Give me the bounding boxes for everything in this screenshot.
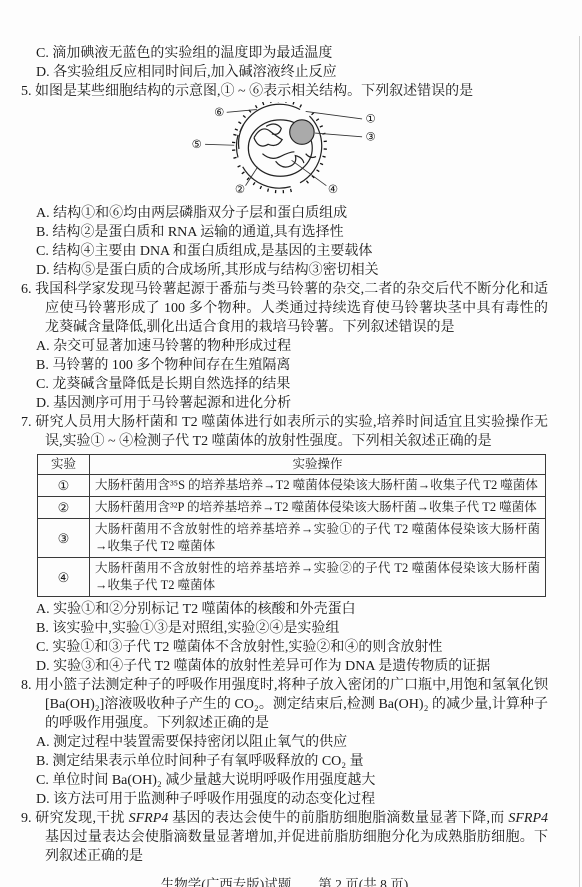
q4-option-c: C. 滴加碘液无蓝色的实验组的温度即为最适温度	[21, 44, 548, 63]
page-number: 第 2 页(共 8 页)	[318, 877, 408, 887]
diagram-label-2: ②	[234, 183, 244, 196]
experiment-operation: 大肠杆菌用不含放射性的培养基培养→实验②的子代 T2 噬菌体侵染该大肠杆菌→收集…	[90, 558, 546, 597]
table-row: ③ 大肠杆菌用不含放射性的培养基培养→实验①的子代 T2 噬菌体侵染该大肠杆菌→…	[38, 519, 546, 558]
diagram-label-4: ④	[327, 183, 337, 196]
diagram-label-6: ⑥	[214, 106, 224, 119]
q7-option-b: B. 该实验中,实验①③是对照组,实验②④是实验组	[21, 619, 548, 638]
chromatin-squiggle	[262, 152, 294, 159]
experiment-number: ①	[38, 475, 90, 497]
q8-option-d: D. 该方法可用于监测种子呼吸作用强度的动态变化过程	[21, 790, 548, 809]
q9-text: 基因过量表达会使脂滴数量显著增加,并促进前脂肪细胞分化为成熟脂肪细胞。下列叙述正…	[45, 830, 548, 864]
q5-option-d: D. 结构⑤是蛋白质的合成场所,其形成与结构③密切相关	[21, 261, 548, 280]
q5-option-c: C. 结构④主要由 DNA 和蛋白质组成,是基因的主要载体	[21, 242, 548, 261]
table-row: ① 大肠杆菌用含³⁵S 的培养基培养→T2 噬菌体侵染该大肠杆菌→收集子代 T2…	[38, 475, 546, 497]
q8-option-a: A. 测定过程中装置需要保持密闭以阻止氧气的供应	[21, 733, 548, 752]
q9-stem: 9. 研究发现,干扰 SFRP4 基因的表达会使牛的前脂肪细胞脂滴数量显著下降,…	[21, 809, 548, 866]
q7-option-c: C. 实验①和③子代 T2 噬菌体不含放射性,实验②和④的则含放射性	[21, 638, 548, 657]
diagram-label-3: ③	[365, 131, 375, 144]
q7-option-d: D. 实验③和④子代 T2 噬菌体的放射性差异可作为 DNA 是遗传物质的证据	[21, 657, 548, 676]
col-header-operation: 实验操作	[90, 455, 546, 475]
q6-stem: 6. 我国科学家发现马铃薯起源于番茄与类马铃薯的杂交,二者的杂交后代不断分化和适…	[21, 280, 548, 337]
experiment-number: ②	[38, 497, 90, 519]
experiment-operation: 大肠杆菌用含³⁵S 的培养基培养→T2 噬菌体侵染该大肠杆菌→收集子代 T2 噬…	[90, 475, 546, 497]
q8-option-c: C. 单位时间 Ba(OH)₂ 减少量越大说明呼吸作用强度越大	[21, 771, 548, 790]
diagram-label-1: ①	[365, 113, 375, 126]
q6-option-c: C. 龙葵碱含量降低是长期自然选择的结果	[21, 375, 548, 394]
table-row: ④ 大肠杆菌用不含放射性的培养基培养→实验②的子代 T2 噬菌体侵染该大肠杆菌→…	[38, 558, 546, 597]
q6-option-b: B. 马铃薯的 100 多个物种间存在生殖隔离	[21, 356, 548, 375]
experiment-number: ④	[38, 558, 90, 597]
experiment-operation: 大肠杆菌用不含放射性的培养基培养→实验①的子代 T2 噬菌体侵染该大肠杆菌→收集…	[90, 519, 546, 558]
q7-stem: 7. 研究人员用大肠杆菌和 T2 噬菌体进行如表所示的实验,培养时间适宜且实验操…	[21, 413, 548, 451]
q5-option-a: A. 结构①和⑥均由两层磷脂双分子层和蛋白质组成	[21, 204, 548, 223]
experiment-operation: 大肠杆菌用含³²P 的培养基培养→T2 噬菌体侵染该大肠杆菌→收集子代 T2 噬…	[90, 497, 546, 519]
q8-stem: 8. 用小篮子法测定种子的呼吸作用强度时,将种子放入密闭的广口瓶中,用饱和氢氧化…	[21, 676, 548, 733]
cell-diagram-svg: ⑥ ① ③ ⑤ ② ④	[185, 102, 385, 196]
q6-option-a: A. 杂交可显著加速马铃薯的物种形成过程	[21, 337, 548, 356]
q9-text: 基因的表达会使牛的前脂肪细胞脂滴数量显著下降,而	[168, 811, 508, 826]
experiment-number: ③	[38, 519, 90, 558]
cell-diagram: ⑥ ① ③ ⑤ ② ④	[21, 102, 548, 202]
exam-page: C. 滴加碘液无蓝色的实验组的温度即为最适温度 D. 各实验组反应相同时间后,加…	[0, 0, 582, 887]
q6-option-d: D. 基因测序可用于马铃薯起源和进化分析	[21, 394, 548, 413]
paper-title: 生物学(广西专版)试题	[161, 877, 292, 887]
q5-option-b: B. 结构②是蛋白质和 RNA 运输的通道,具有选择性	[21, 223, 548, 242]
q8-option-b: B. 测定结果表示单位时间种子有氧呼吸释放的 CO₂ 量	[21, 752, 548, 771]
table-header-row: 实验 实验操作	[38, 455, 546, 475]
chromatin-squiggle	[253, 129, 281, 146]
col-header-experiment: 实验	[38, 455, 90, 475]
table-row: ② 大肠杆菌用含³²P 的培养基培养→T2 噬菌体侵染该大肠杆菌→收集子代 T2…	[38, 497, 546, 519]
chromatin-squiggle	[266, 124, 281, 134]
nucleolus	[289, 120, 313, 144]
q7-option-a: A. 实验①和②分别标记 T2 噬菌体的核酸和外壳蛋白	[21, 600, 548, 619]
leader-lines	[205, 110, 362, 186]
q9-text: 9. 研究发现,干扰	[21, 811, 129, 826]
page-footer: 生物学(广西专版)试题第 2 页(共 8 页)	[21, 875, 548, 887]
membrane-arcs	[236, 104, 321, 188]
gene-name-sfrp4: SFRP4	[508, 811, 548, 826]
scan-edge-line	[579, 36, 580, 887]
diagram-label-5: ⑤	[191, 138, 201, 151]
phage-experiment-table: 实验 实验操作 ① 大肠杆菌用含³⁵S 的培养基培养→T2 噬菌体侵染该大肠杆菌…	[37, 454, 546, 597]
q5-stem: 5. 如图是某些细胞结构的示意图,① ~ ⑥表示相关结构。下列叙述错误的是	[21, 82, 548, 101]
gene-name-sfrp4: SFRP4	[129, 811, 169, 826]
q4-option-d: D. 各实验组反应相同时间后,加入碱溶液终止反应	[21, 63, 548, 82]
